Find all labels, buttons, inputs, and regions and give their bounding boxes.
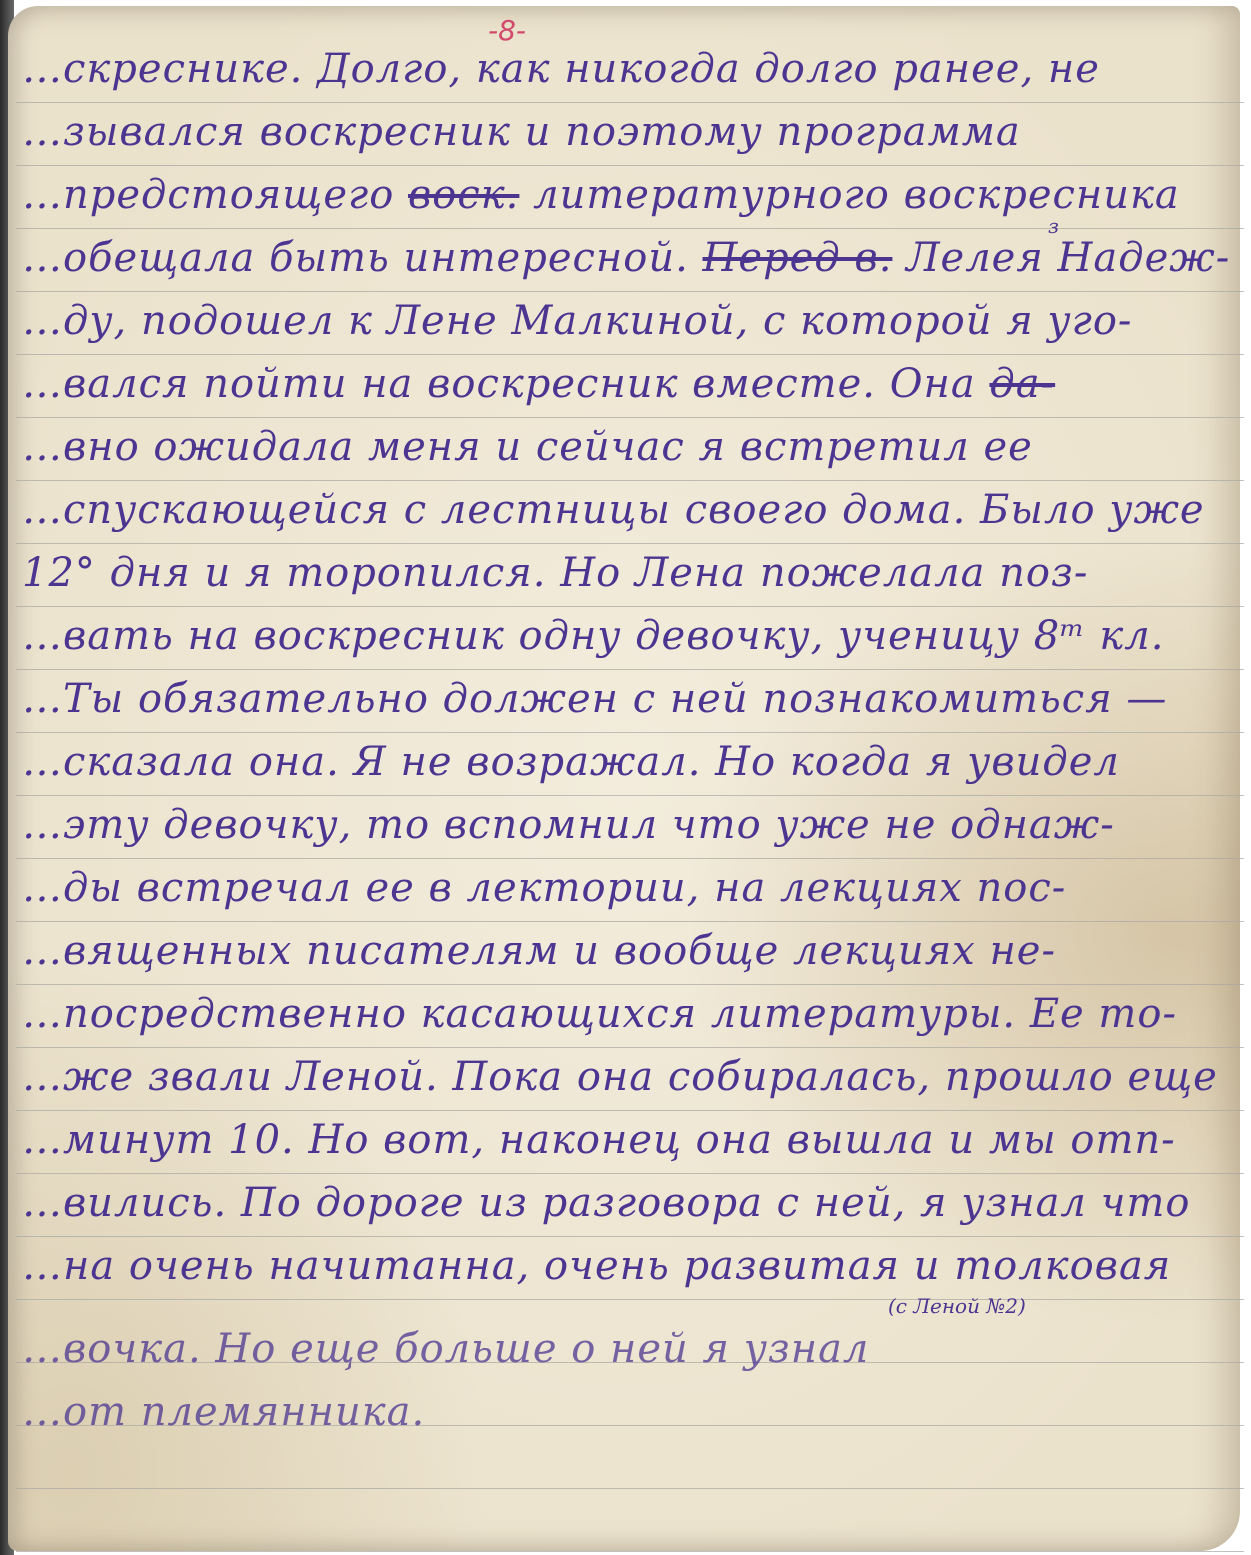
text-line: …же звали Леной. Пока она собиралась, пр… xyxy=(22,1054,1247,1100)
text-line: …вились. По дороге из разговора с ней, я… xyxy=(22,1180,1247,1226)
ruled-line xyxy=(16,480,1244,481)
text-line: …Ты обязательно должен с ней познакомить… xyxy=(22,676,1247,722)
ruled-line xyxy=(16,1488,1244,1489)
text-line: …от племянника. xyxy=(22,1389,1247,1435)
text-line: …вно ожидала меня и сейчас я встретил ее xyxy=(22,424,1247,470)
ruled-line xyxy=(16,102,1244,103)
text-line: …зывался воскресник и поэтому программа xyxy=(22,109,1247,155)
ruled-line xyxy=(16,543,1244,544)
ruled-line xyxy=(16,228,1244,229)
ruled-line xyxy=(16,921,1244,922)
ruled-line xyxy=(16,795,1244,796)
text-line: …сказала она. Я не возражал. Но когда я … xyxy=(22,739,1247,785)
ruled-line xyxy=(16,165,1244,166)
text-line: …вать на воскресник одну девочку, учениц… xyxy=(22,613,1247,659)
page-number: -8- xyxy=(488,14,526,47)
text-line: …спускающейся с лестницы своего дома. Бы… xyxy=(22,487,1247,533)
text-line: …вался пойти на воскресник вместе. Она д… xyxy=(22,361,1247,407)
ruled-line xyxy=(16,1236,1244,1237)
ruled-line xyxy=(16,984,1244,985)
ruled-line xyxy=(16,1173,1244,1174)
ruled-line xyxy=(16,354,1244,355)
text-line: …на очень начитанна, очень развитая и то… xyxy=(22,1243,1247,1289)
text-line: …скреснике. Долго, как никогда долго ран… xyxy=(22,46,1247,92)
ruled-line xyxy=(16,1110,1244,1111)
text-line: …ду, подошел к Лене Малкиной, с которой … xyxy=(22,298,1247,344)
ruled-line xyxy=(16,732,1244,733)
ruled-line xyxy=(16,606,1244,607)
text-line: …вященных писателям и вообще лекциях не- xyxy=(22,928,1247,974)
ruled-line xyxy=(16,1047,1244,1048)
text-line: …посредственно касающихся литературы. Ее… xyxy=(22,991,1247,1037)
text-line: …обещала быть интересной. Перед в. Лелея… xyxy=(22,235,1247,281)
text-line: …эту девочку, то вспомнил что уже не одн… xyxy=(22,802,1247,848)
text-line: …предстоящего воск. литературного воскре… xyxy=(22,172,1247,218)
insertion-note: (с Леной №2) xyxy=(888,1294,1026,1318)
insertion-note: з xyxy=(1048,214,1059,238)
notebook-page: -8- …скреснике. Долго, как никогда долго… xyxy=(8,6,1240,1551)
text-line: …ды встречал ее в лектории, на лекциях п… xyxy=(22,865,1247,911)
ruled-line xyxy=(16,417,1244,418)
ruled-line xyxy=(16,1551,1244,1552)
text-line: …минут 10. Но вот, наконец она вышла и м… xyxy=(22,1117,1247,1163)
ruled-line xyxy=(16,669,1244,670)
ruled-line xyxy=(16,1299,1244,1300)
text-line: 12° дня и я торопился. Но Лена пожелала … xyxy=(22,550,1247,596)
ruled-line xyxy=(16,858,1244,859)
text-line: …вочка. Но еще больше о ней я узнал xyxy=(22,1326,1247,1372)
ruled-line xyxy=(16,291,1244,292)
